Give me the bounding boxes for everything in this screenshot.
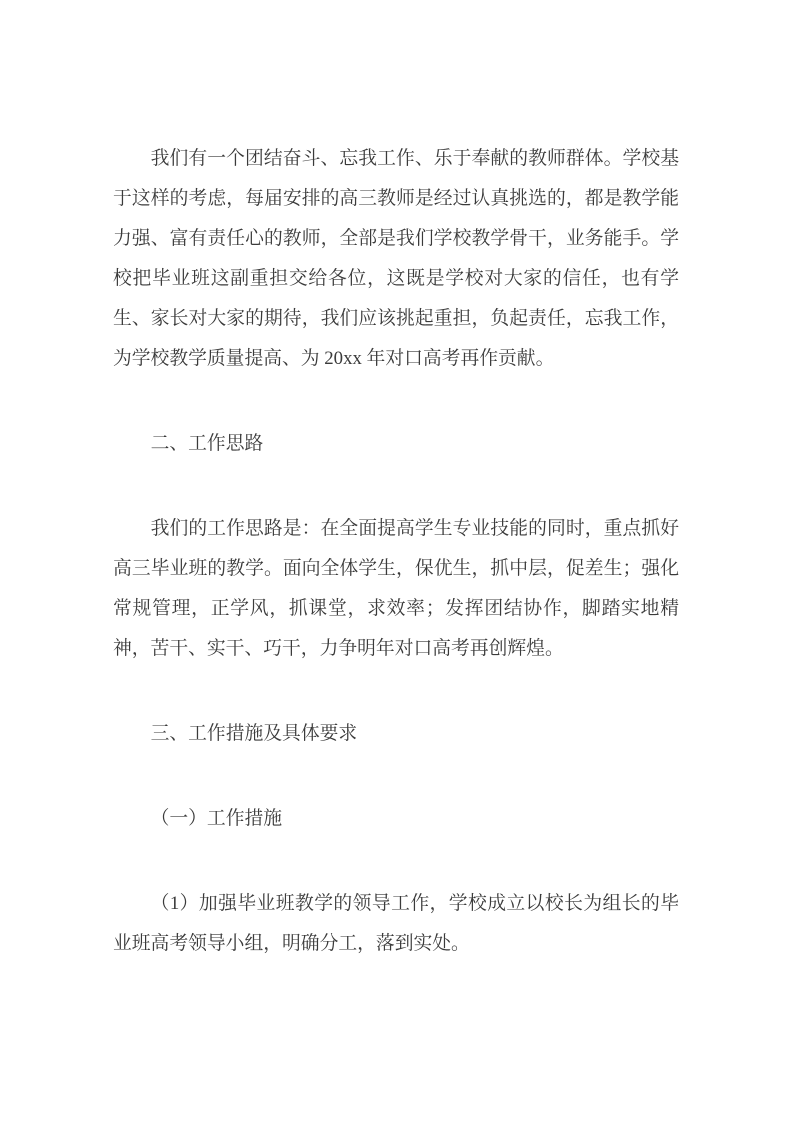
- work-approach-paragraph: 我们的工作思路是：在全面提高学生专业技能的同时，重点抓好高三毕业班的教学。面向全…: [113, 509, 679, 669]
- section-heading-work-approach: 二、工作思路: [113, 424, 679, 464]
- measure-1-paragraph: （1）加强毕业班教学的领导工作，学校成立以校长为组长的毕业班高考领导小组，明确分…: [113, 884, 679, 964]
- section-heading-work-measures: 三、工作措施及具体要求: [113, 714, 679, 754]
- document-page: 我们有一个团结奋斗、忘我工作、乐于奉献的教师群体。学校基于这样的考虑，每届安排的…: [0, 0, 793, 1122]
- subsection-heading-measures: （一）工作措施: [113, 799, 679, 839]
- intro-paragraph: 我们有一个团结奋斗、忘我工作、乐于奉献的教师群体。学校基于这样的考虑，每届安排的…: [113, 139, 679, 379]
